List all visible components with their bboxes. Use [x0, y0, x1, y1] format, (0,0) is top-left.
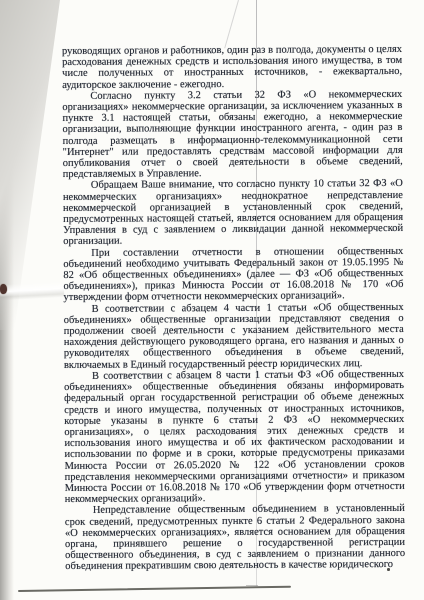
scanned-document-page: руководящих органов и работников, один р…	[0, 0, 424, 600]
page-bottom-scan-line	[18, 586, 291, 592]
fold-diagonal-line	[224, 0, 239, 48]
ink-spot	[0, 284, 7, 294]
paragraph-1: руководящих органов и работников, один р…	[62, 44, 402, 91]
paragraph-2: Согласно пункту 3.2 статьи 32 ФЗ «О неко…	[62, 89, 403, 181]
paragraph-5: В соответствии с абзацем 4 части 1 стать…	[64, 302, 404, 371]
paragraph-4: При составлении отчетности в отношении о…	[63, 246, 403, 304]
paragraph-7: Непредставление общественным объединение…	[65, 503, 405, 572]
scan-crease	[0, 281, 64, 300]
scan-corner-shadow	[0, 0, 60, 330]
document-text: руководящих органов и работников, один р…	[62, 44, 405, 573]
paragraph-3: Обращаем Ваше внимание, что согласно пун…	[63, 178, 403, 247]
paragraph-6: В соответствии с абзацем 8 части 1 стать…	[64, 369, 405, 506]
